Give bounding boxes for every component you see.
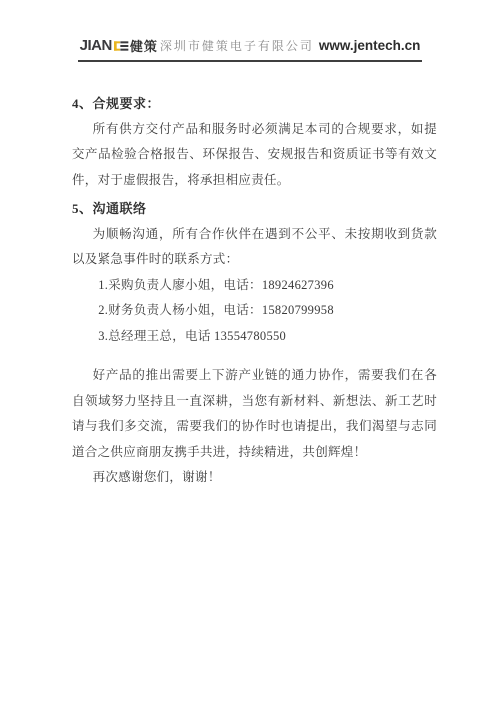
paragraph-communication: 为顺畅沟通，所有合作伙伴在遇到不公平、未按期收到货款以及紧急事件时的联系方式： xyxy=(72,222,437,273)
company-name: 深圳市健策电子有限公司 xyxy=(160,37,314,54)
document-page: JIAN 健策 深圳市健策电子有限公司 www.jentech.cn 4、合规要… xyxy=(0,0,500,707)
paragraph-compliance: 所有供方交付产品和服务时必须满足本司的合规要求，如提交产品检验合格报告、环保报告… xyxy=(72,117,437,194)
website-url: www.jentech.cn xyxy=(319,38,421,53)
jiance-ce-logo-icon xyxy=(113,39,129,53)
letterhead-rule: JIAN 健策 深圳市健策电子有限公司 www.jentech.cn xyxy=(78,36,423,62)
section-heading-communication: 5、沟通联络 xyxy=(72,196,437,222)
logo-chinese-text: 健策 xyxy=(130,36,158,55)
contact-line-finance: 2.财务负责人杨小姐，电话：15820799958 xyxy=(98,298,437,324)
paragraph-closing: 好产品的推出需要上下游产业链的通力协作，需要我们在各自领域努力坚持且一直深耕，当… xyxy=(72,363,437,465)
document-body: 4、合规要求： 所有供方交付产品和服务时必须满足本司的合规要求，如提交产品检验合… xyxy=(0,62,500,491)
jiance-logo: JIAN 健策 xyxy=(80,36,158,55)
section-heading-compliance: 4、合规要求： xyxy=(72,91,437,117)
logo-latin-text: JIAN xyxy=(80,37,112,54)
contact-line-general-manager: 3.总经理王总，电话 13554780550 xyxy=(98,324,437,350)
letterhead: JIAN 健策 深圳市健策电子有限公司 www.jentech.cn xyxy=(0,36,500,62)
contact-line-purchasing: 1.采购负责人廖小姐，电话：18924627396 xyxy=(98,273,437,299)
paragraph-thanks: 再次感谢您们，谢谢！ xyxy=(72,465,437,491)
